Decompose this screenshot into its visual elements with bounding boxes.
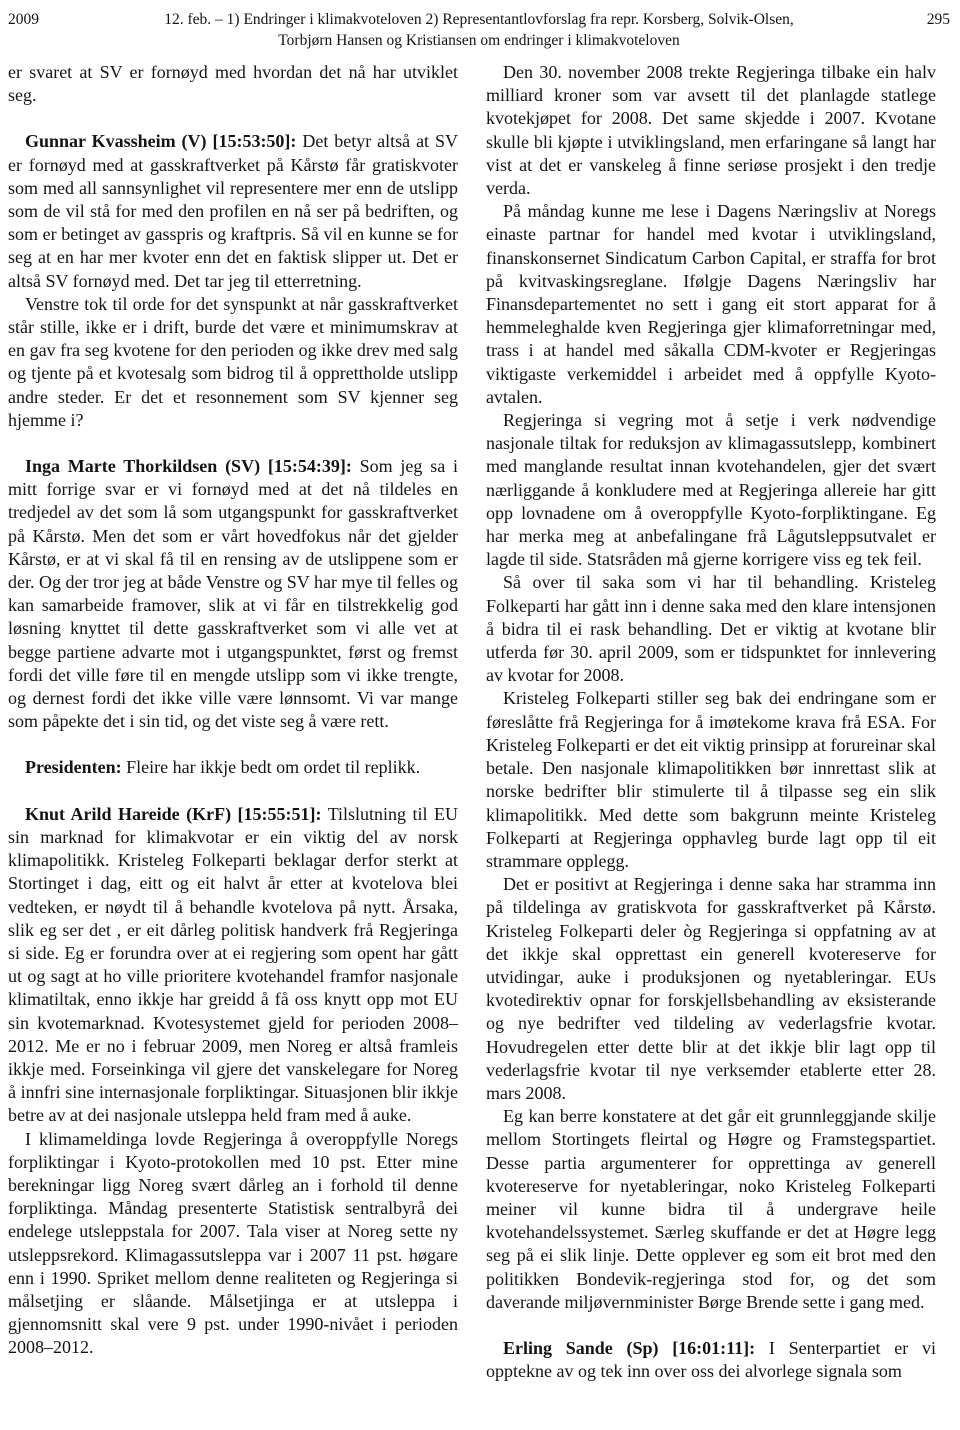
speaker-name: Inga Marte Thorkildsen (SV) [15:54:39]:: [25, 456, 352, 476]
paragraph-text: Som jeg sa i mitt forrige svar er vi for…: [8, 456, 458, 731]
header-year: 2009: [8, 9, 80, 30]
paragraph: Det er positivt at Regjeringa i denne sa…: [486, 873, 936, 1105]
paragraph: Inga Marte Thorkildsen (SV) [15:54:39]: …: [8, 455, 458, 733]
speaker-name: Gunnar Kvassheim (V) [15:53:50]:: [25, 131, 296, 151]
header-title-line2: Torbjørn Hansen og Kristiansen om endrin…: [80, 30, 878, 51]
header-title-line1: 12. feb. – 1) Endringer i klimakvotelove…: [80, 9, 878, 30]
paragraph-text: Fleire har ikkje bedt om ordet til repli…: [126, 757, 420, 777]
right-column: Den 30. november 2008 trekte Regjeringa …: [486, 61, 936, 1383]
paragraph: er svaret at SV er fornøyd med hvordan d…: [8, 61, 458, 107]
paragraph: Så over til saka som vi har til behandli…: [486, 571, 936, 687]
paragraph: Kristeleg Folkeparti stiller seg bak dei…: [486, 687, 936, 873]
speaker-name: Presidenten:: [25, 757, 122, 777]
document-page: 2009 12. feb. – 1) Endringer i klimakvot…: [0, 0, 960, 1430]
paragraph: Den 30. november 2008 trekte Regjeringa …: [486, 61, 936, 200]
paragraph: I klimameldinga lovde Regjeringa å overo…: [8, 1128, 458, 1360]
paragraph-text: Tilslutning til EU sin marknad for klima…: [8, 804, 458, 1126]
paragraph-text: Det betyr altså at SV er fornøyd med at …: [8, 131, 458, 290]
page-number: 295: [878, 9, 950, 30]
paragraph: Gunnar Kvassheim (V) [15:53:50]: Det bet…: [8, 130, 458, 292]
paragraph: Knut Arild Hareide (KrF) [15:55:51]: Til…: [8, 803, 458, 1128]
text-body: er svaret at SV er fornøyd med hvordan d…: [0, 51, 960, 1383]
paragraph: Venstre tok til orde for det synspunkt a…: [8, 293, 458, 432]
speaker-name: Erling Sande (Sp) [16:01:11]:: [503, 1338, 755, 1358]
page-header: 2009 12. feb. – 1) Endringer i klimakvot…: [0, 0, 960, 51]
header-title: 12. feb. – 1) Endringer i klimakvotelove…: [80, 9, 878, 51]
paragraph: Regjeringa si vegring mot å setje i verk…: [486, 409, 936, 571]
paragraph: På måndag kunne me lese i Dagens Nærings…: [486, 200, 936, 409]
speaker-name: Knut Arild Hareide (KrF) [15:55:51]:: [25, 804, 322, 824]
paragraph: Presidenten: Fleire har ikkje bedt om or…: [8, 756, 458, 779]
left-column: er svaret at SV er fornøyd med hvordan d…: [8, 61, 458, 1383]
paragraph: Eg kan berre konstatere at det går eit g…: [486, 1105, 936, 1314]
paragraph: Erling Sande (Sp) [16:01:11]: I Senterpa…: [486, 1337, 936, 1383]
